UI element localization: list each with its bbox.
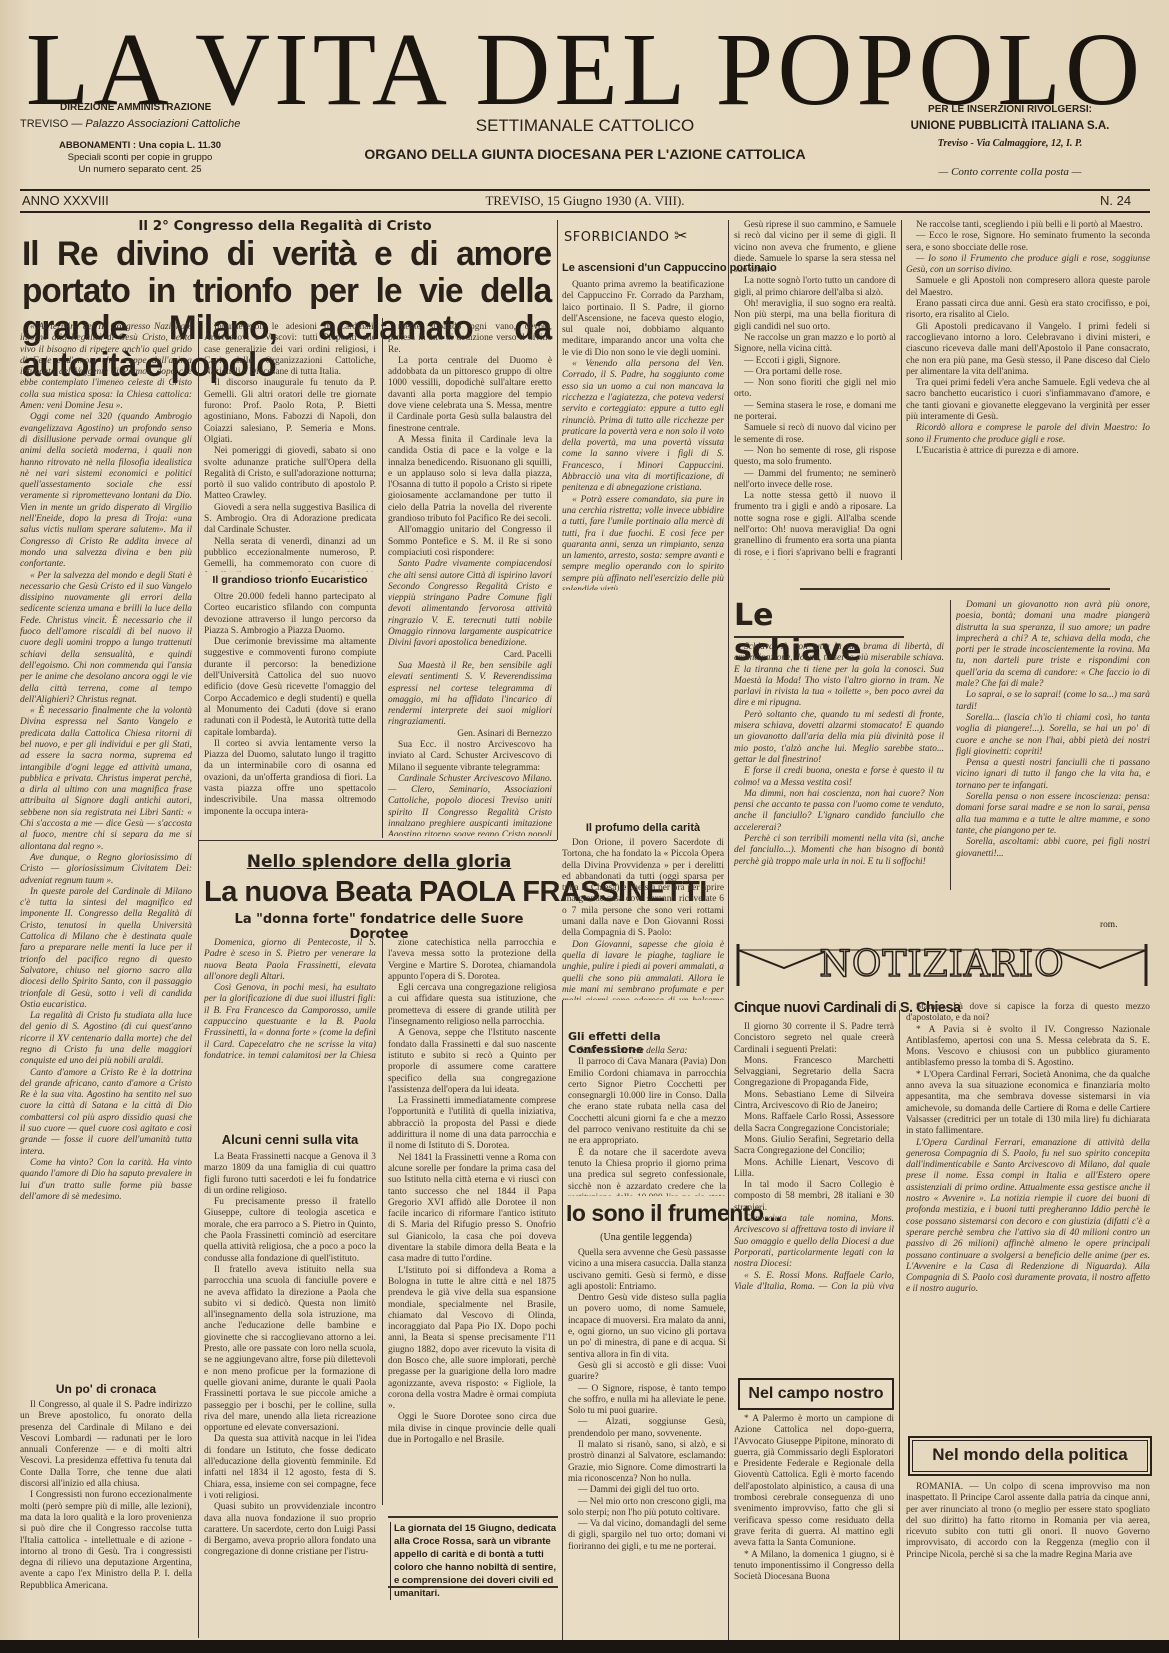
- frassinetti-headline: La nuova Beata PAOLA FRASSINETTI: [204, 876, 564, 909]
- scissors-icon: ✂: [674, 226, 688, 245]
- dateline-volume: ANNO XXXVIII: [22, 193, 109, 208]
- col-divider: [198, 318, 199, 1638]
- col-divider: [899, 1010, 900, 1640]
- rule: [199, 840, 557, 841]
- cardinali-text: Il giorno 30 corrente il S. Padre terrà …: [734, 1022, 894, 1290]
- politica-title: Nel mondo della politica: [932, 1438, 1128, 1472]
- lead-kicker: Il 2° Congresso della Regalità di Cristo: [20, 218, 550, 234]
- frassinetti-headline-box: La nuova Beata PAOLA FRASSINETTI: [204, 876, 564, 909]
- schiave-signature: rom.: [1100, 920, 1117, 930]
- masthead-organo: ORGANO DELLA GIUNTA DIOCESANA PER L'AZIO…: [280, 146, 890, 162]
- rule: [734, 636, 904, 638]
- frumento-headline: Io sono il frumento...: [566, 1200, 736, 1227]
- frumento-story-col2: Ne raccolse tanti, scegliendo i più bell…: [906, 220, 1150, 560]
- col-divider: [728, 220, 729, 1640]
- masthead-inserzioni: PER LE INSERZIONI RIVOLGERSI:: [870, 104, 1150, 115]
- masthead-subscriptions: ABBONAMENTI : Una copia L. 11.30 Special…: [20, 140, 260, 176]
- rule: [388, 1586, 558, 1588]
- campo-nostro-text: * A Palermo è morto un campione di Azion…: [734, 1414, 894, 1640]
- dateline-date: TREVISO, 15 Giugno 1930 (A. VIII).: [380, 193, 790, 209]
- rule-top: [20, 189, 1150, 191]
- masthead-via: Treviso - Via Calmaggiore, 12, I. P.: [870, 138, 1150, 149]
- cenni-title: Alcuni cenni sulla vita: [204, 1132, 376, 1147]
- masthead-direzione: DIREZIONE AMMINISTRAZIONE: [60, 102, 260, 113]
- campo-nostro-title: Nel campo nostro: [738, 1378, 894, 1410]
- politica-title-box: Nel mondo della politica: [908, 1436, 1152, 1476]
- notiziario-banner: NOTIZIARIO: [734, 942, 1150, 988]
- masthead-unione: UNIONE PUBBLICITÀ ITALIANA S.A.: [870, 120, 1150, 132]
- frumento-text: Quella sera avvenne che Gesù passasse vi…: [568, 1248, 726, 1640]
- lead-col1: « Al termine del II. Congresso Nazionale…: [20, 322, 192, 1202]
- sforbiciando-text: Quanto prima avremo la beatificazione de…: [562, 280, 724, 590]
- dateline-number: N. 24: [1100, 193, 1131, 208]
- col-divider: [950, 600, 951, 890]
- frumento-subhead: (Una gentile leggenda): [566, 1232, 726, 1243]
- politica-text: ROMANIA. — Un colpo di scena improvviso …: [906, 1482, 1150, 1640]
- rule: [388, 1516, 558, 1518]
- confessione-text: Scrive il Corriere della Sera: Il parroc…: [568, 1046, 726, 1196]
- cenni-text: La Beata Frassinetti nacque a Genova il …: [204, 1152, 376, 1640]
- schiave-col2: Domani un giovanotto non avrà più onore,…: [956, 600, 1150, 882]
- trionfo-text: Oltre 20.000 fedeli hanno partecipato al…: [204, 592, 376, 836]
- lead-col3: mente stipando ogni vano, devota, protes…: [388, 322, 552, 836]
- col-divider: [382, 935, 383, 1505]
- cronaca-title: Un po' di cronaca: [20, 1382, 192, 1396]
- schiave-col1: Schiava, sì, con tutta la tua brama di l…: [734, 642, 944, 892]
- profumo-title: Il profumo della carità: [562, 822, 724, 834]
- cardinali-title-box: Cinque nuovi Cardinali di S. Chiesa: [734, 1000, 904, 1016]
- notiziario-title: NOTIZIARIO: [814, 944, 1070, 985]
- profumo-text: Don Orione, il povero Sacerdote di Torto…: [562, 838, 724, 1000]
- trionfo-title: Il grandioso trionfo Eucaristico: [204, 574, 376, 586]
- frumento-headline-box: Io sono il frumento...: [566, 1200, 736, 1227]
- page-edge: [0, 1640, 1169, 1653]
- masthead-conto: — Conto corrente colla posta —: [870, 166, 1150, 178]
- croce-rossa-notice: La giornata del 15 Giugno, dedicata alla…: [390, 1522, 560, 1600]
- notiziario-col2: Stampa. Là dove si capisce la forza di q…: [906, 1002, 1150, 1422]
- masthead-settimanale: SETTIMANALE CATTOLICO: [320, 116, 850, 136]
- col-divider: [901, 220, 902, 560]
- col-divider: [562, 1000, 563, 1640]
- sforbiciando-title-box: Le ascensioni d'un Cappuccino portinaio: [562, 262, 732, 274]
- sforbiciando-title: Le ascensioni d'un Cappuccino portinaio: [562, 262, 732, 274]
- lead-col2: Innumerevoli le adesioni di Cardinali, A…: [204, 322, 376, 572]
- frassinetti-col2: zione catechistica nella parrocchia e l'…: [388, 938, 556, 1506]
- col-divider: [557, 220, 558, 840]
- rule: [800, 588, 1110, 590]
- rule-bottom: [20, 211, 1150, 213]
- sforbiciando-banner: SFORBICIANDO ✂: [564, 226, 724, 245]
- cardinali-title: Cinque nuovi Cardinali di S. Chiesa: [734, 1000, 904, 1016]
- frassinetti-intro: Domenica, giorno di Pentecoste, il S. Pa…: [204, 938, 376, 1058]
- newspaper-page: LA VITA DEL POPOLO DIREZIONE AMMINISTRAZ…: [0, 0, 1169, 1653]
- frassinetti-kicker: Nello splendore della gloria: [204, 852, 554, 872]
- col-divider: [382, 318, 383, 838]
- frumento-story-col1: Gesù riprese il suo cammino, e Samuele s…: [734, 220, 896, 560]
- masthead-address: TREVISO — Palazzo Associazioni Cattolich…: [20, 118, 300, 130]
- cronaca-text: Il Congresso, al quale il S. Padre indir…: [20, 1400, 192, 1640]
